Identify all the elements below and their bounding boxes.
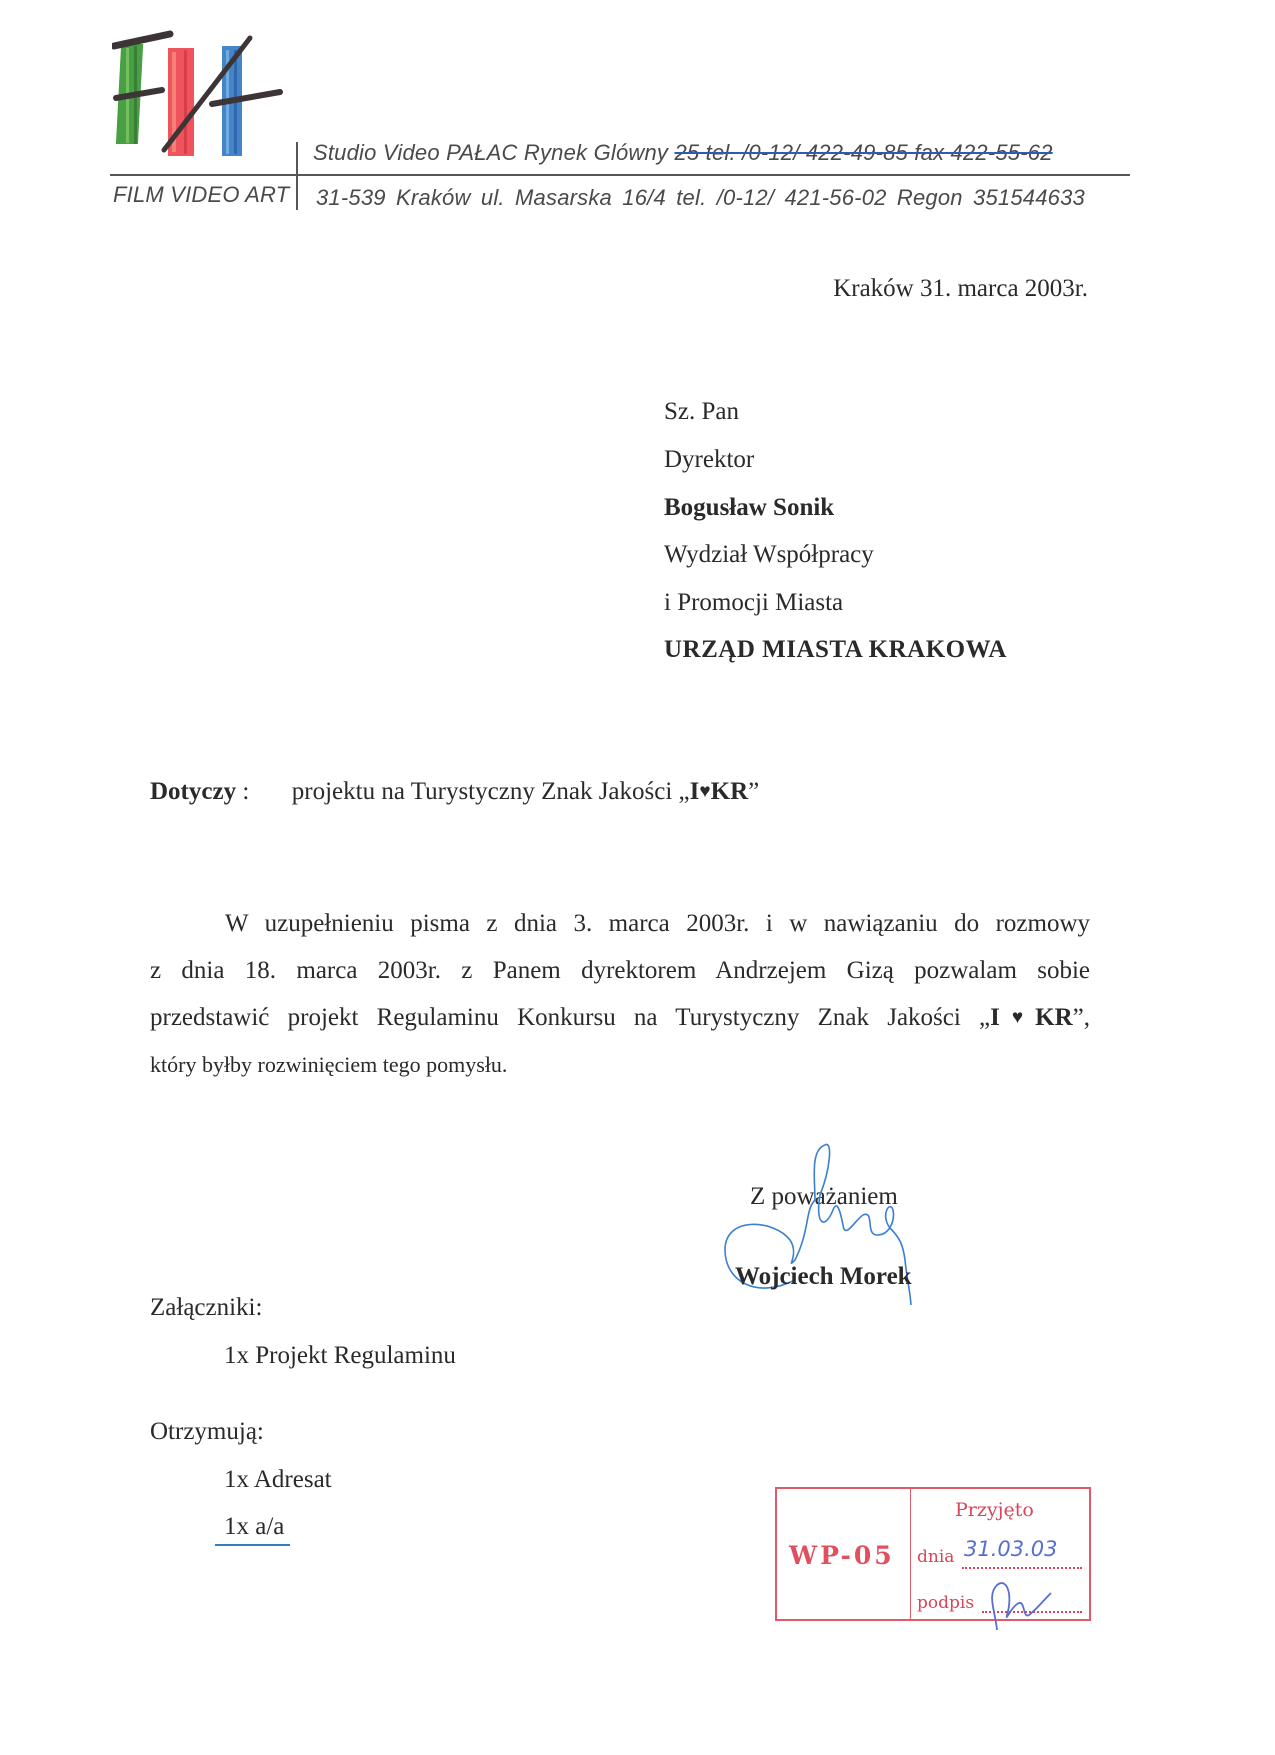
body-line-4: który byłby rozwinięciem tego pomysłu. (150, 1041, 1090, 1088)
stamp-heading: Przyjęto (955, 1499, 1034, 1521)
stamp-date-label: dnia (917, 1547, 954, 1567)
studio-address: Studio Video PAŁAC Rynek Glówny (313, 140, 674, 165)
recipient-department-1: Wydział Współpracy (664, 541, 874, 569)
header-rule (110, 174, 1130, 176)
struck-old-contact: 25 tel. /0-12/ 422-49-85 fax 422-55-62 (674, 140, 1052, 165)
stamp-date-value: 31.03.03 (964, 1537, 1058, 1561)
receipt-stamp: WP-05 Przyjęto dnia 31.03.03 podpis (775, 1487, 1091, 1621)
stamp-divider (910, 1489, 911, 1619)
recipient-title: Dyrektor (664, 446, 754, 474)
stamp-sign-label: podpis (917, 1593, 974, 1613)
letter-date: Kraków 31. marca 2003r. (833, 275, 1088, 303)
recipients-list-item: 1x a/a (224, 1513, 284, 1541)
recipient-department-2: i Promocji Miasta (664, 589, 843, 617)
recipients-list-item: 1x Adresat (224, 1466, 332, 1494)
subject-separator: : (236, 778, 249, 805)
attachments-label: Załączniki: (150, 1294, 262, 1322)
body-paragraph: W uzupełnieniu pisma z dnia 3. marca 200… (150, 900, 1090, 1088)
signer-name: Wojciech Morek (735, 1263, 912, 1291)
mark-kr: KR (1035, 1004, 1073, 1031)
subject-label: Dotyczy (150, 778, 236, 805)
body-line-3-text: przedstawić projekt Regulaminu Konkursu … (150, 1004, 990, 1031)
body-line-3: przedstawić projekt Regulaminu Konkursu … (150, 994, 1090, 1041)
mark-kr: KR (711, 778, 749, 805)
heart-icon: ♥ (1000, 1007, 1035, 1028)
subject-line: Dotyczy : projektu na Turystyczny Znak J… (150, 778, 759, 806)
stamp-date-dots (962, 1567, 1082, 1569)
header-address-line-1: Studio Video PAŁAC Rynek Glówny 25 tel. … (313, 140, 1053, 166)
mark-i: I (990, 1004, 1000, 1031)
header-divider (296, 142, 298, 210)
heart-icon: ♥ (699, 781, 710, 802)
subject-text: projektu na Turystyczny Znak Jakości „ (292, 778, 690, 805)
recipient-salutation: Sz. Pan (664, 398, 739, 426)
mark-i: I (690, 778, 700, 805)
recipients-list-label: Otrzymują: (150, 1418, 264, 1446)
fva-logo-icon (112, 28, 297, 168)
body-line-2: z dnia 18. marca 2003r. z Panem dyrektor… (150, 947, 1090, 994)
stamp-code: WP-05 (789, 1541, 895, 1570)
recipient-name: Bogusław Sonik (664, 494, 834, 522)
body-line-1: W uzupełnieniu pisma z dnia 3. marca 200… (150, 900, 1090, 947)
handwritten-underline (215, 1544, 290, 1546)
subject-close-quote: ” (748, 778, 759, 805)
header-address-line-2: 31-539 Kraków ul. Masarska 16/4 tel. /0-… (316, 185, 1085, 211)
recipient-office: URZĄD MIASTA KRAKOWA (664, 636, 1007, 664)
stamp-initials-icon (967, 1575, 1067, 1635)
body-line-3-end: ”, (1073, 1004, 1090, 1031)
attachment-item: 1x Projekt Regulaminu (224, 1342, 456, 1370)
company-name: FILM VIDEO ART (113, 182, 289, 208)
